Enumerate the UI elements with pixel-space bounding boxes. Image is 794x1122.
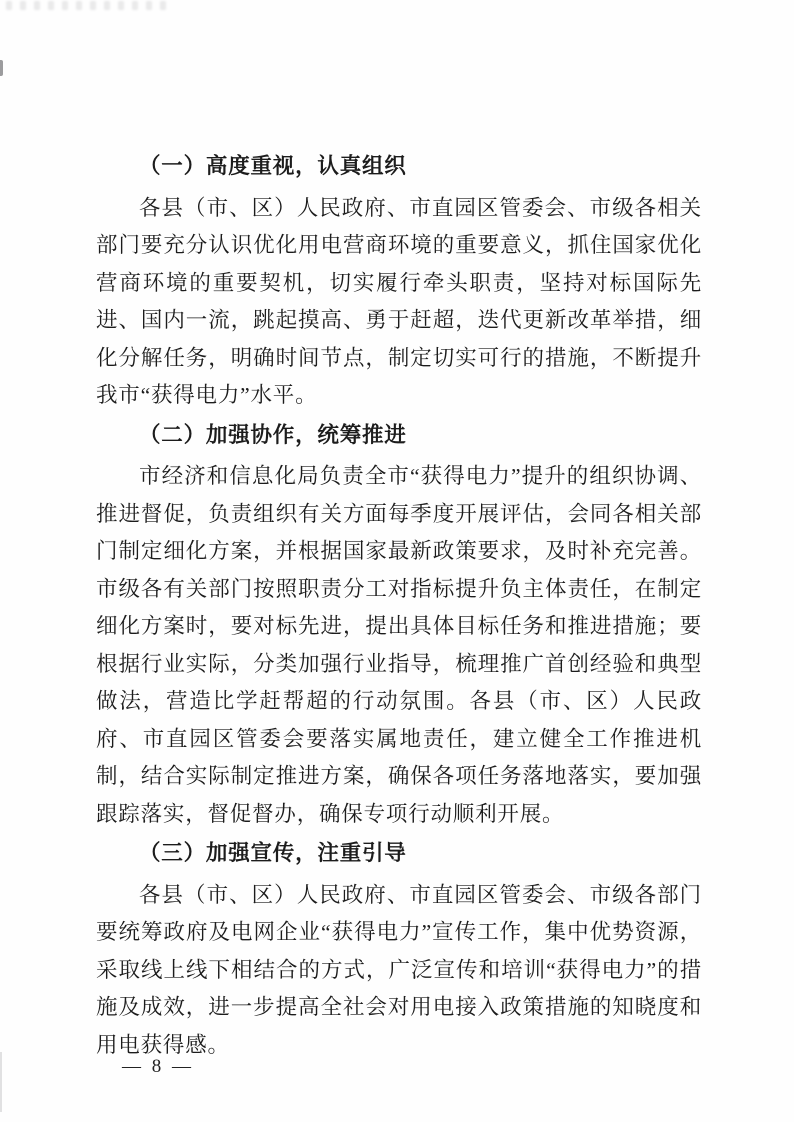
section-3-heading: （三）加强宣传，注重引导 <box>96 835 702 873</box>
section-3-paragraph: 各县（市、区）人民政府、市直园区管委会、市级各部门要统筹政府及电网企业“获得电力… <box>96 877 702 1065</box>
document-body: （一）高度重视，认真组织 各县（市、区）人民政府、市直园区管委会、市级各相关部门… <box>96 146 702 1064</box>
scan-artifact-edge-mark <box>0 60 3 76</box>
scan-artifact-smudge <box>6 1 166 10</box>
section-2-heading: （二）加强协作，统筹推进 <box>96 417 702 455</box>
document-page: （一）高度重视，认真组织 各县（市、区）人民政府、市直园区管委会、市级各相关部门… <box>0 0 794 1122</box>
section-1-paragraph: 各县（市、区）人民政府、市直园区管委会、市级各相关部门要充分认识优化用电营商环境… <box>96 190 702 415</box>
section-1-heading: （一）高度重视，认真组织 <box>96 148 702 186</box>
page-number: — 8 — <box>122 1056 194 1078</box>
scan-artifact-edge-lower <box>0 1052 2 1112</box>
section-2-paragraph: 市经济和信息化局负责全市“获得电力”提升的组织协调、推进督促，负责组织有关方面每… <box>96 458 702 833</box>
